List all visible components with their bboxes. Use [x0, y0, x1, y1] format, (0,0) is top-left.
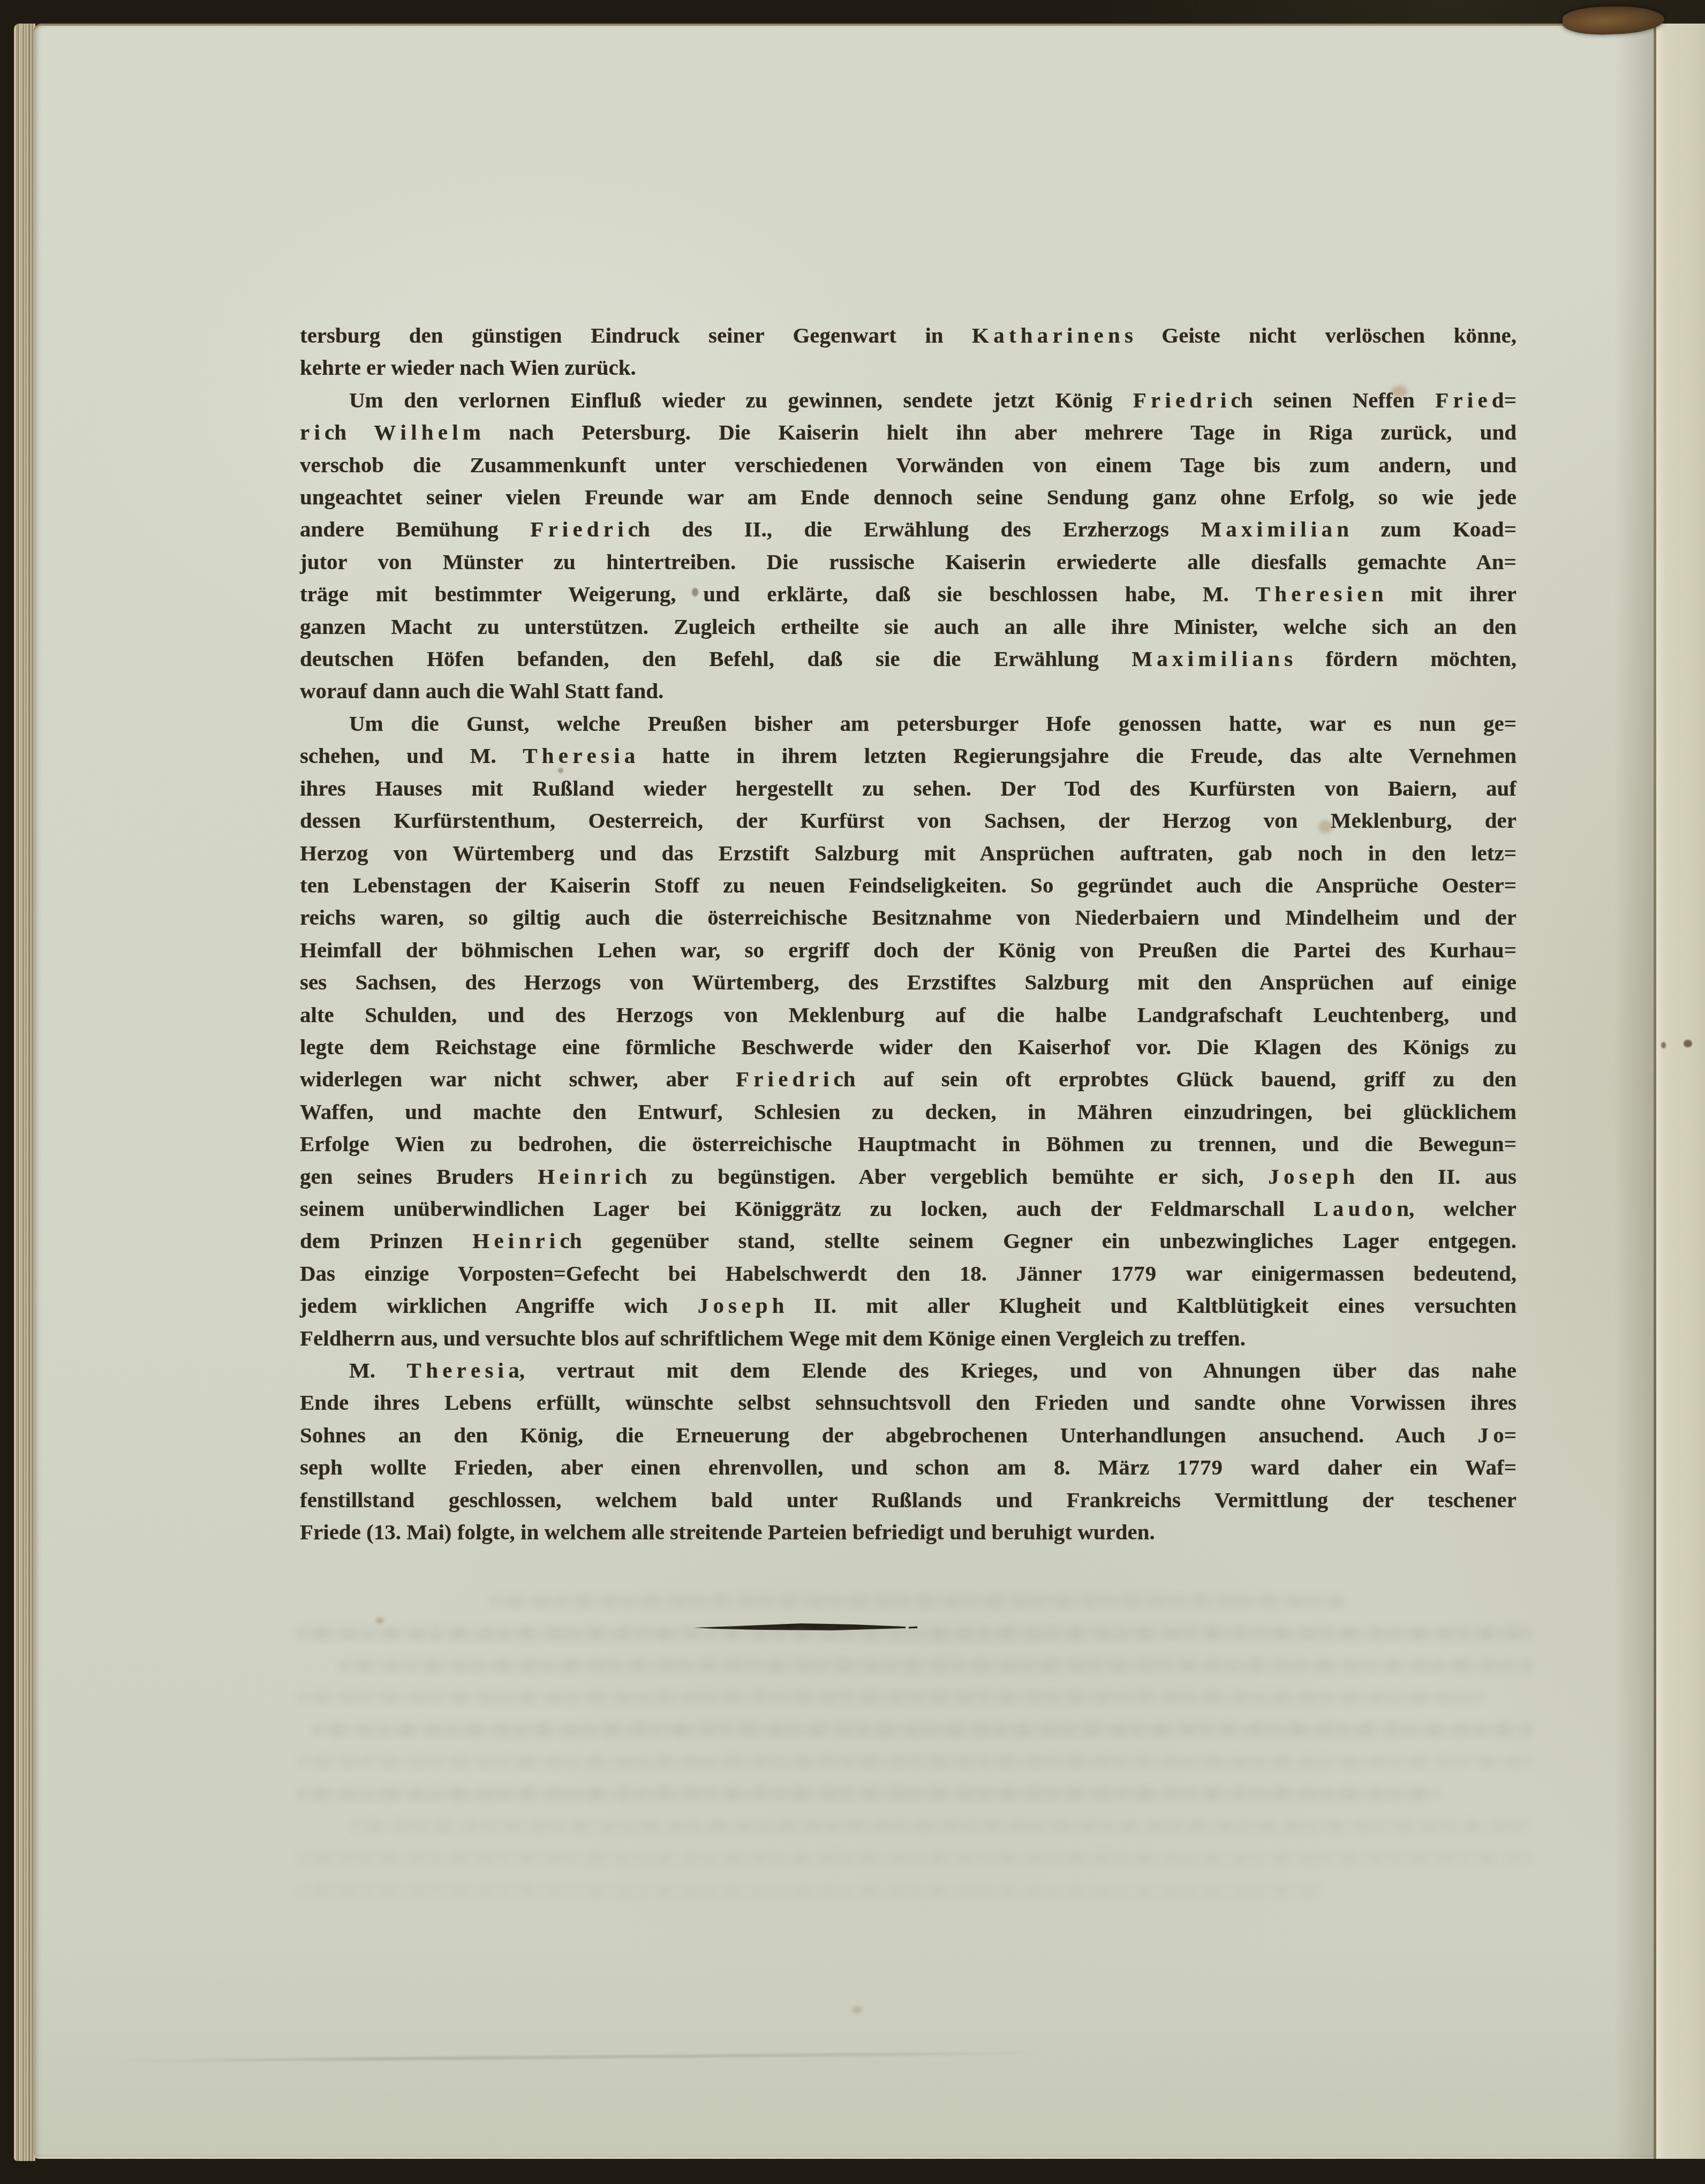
- text-line: tersburg den günstigen Eindruck seiner G…: [300, 319, 1517, 351]
- text-line: ungeachtet seiner vielen Freunde war am …: [300, 481, 1517, 513]
- adjacent-page-edge: [1656, 24, 1705, 2159]
- bleed-through-line: [312, 1723, 1533, 1737]
- text-line: ses Sachsen, des Herzogs von Würtemberg,…: [300, 966, 1517, 998]
- bleed-through-line: [338, 1659, 1533, 1673]
- text-line: legte dem Reichstage eine förmliche Besc…: [300, 1031, 1517, 1063]
- text-line: Um den verlornen Einfluß wieder zu gewin…: [300, 384, 1517, 416]
- text-line: Sohnes an den König, die Erneuerung der …: [300, 1419, 1517, 1451]
- text-line: jutor von Münster zu hintertreiben. Die …: [300, 546, 1517, 578]
- text-line: alte Schulden, und des Herzogs von Mekle…: [300, 999, 1517, 1031]
- bleed-through-line: [296, 1884, 1324, 1898]
- text-line: fenstillstand geschlossen, welchem bald …: [300, 1484, 1517, 1516]
- text-line: Friede (13. Mai) folgte, in welchem alle…: [300, 1516, 1517, 1548]
- ink-speck: [1684, 1040, 1692, 1047]
- page-crease-shadow: [1614, 24, 1655, 2159]
- text-line: widerlegen war nicht schwer, aber F r i …: [300, 1063, 1517, 1095]
- bold-year: 1779: [1177, 1455, 1223, 1479]
- text-line: M. T h e r e s i a, vertraut mit dem Ele…: [300, 1354, 1517, 1386]
- page-edge-stack: [14, 24, 35, 2161]
- text-line: worauf dann auch die Wahl Statt fand.: [300, 675, 1517, 707]
- foxing-spot: [558, 768, 563, 773]
- paper-crease: [108, 2052, 1045, 2062]
- text-line: gen seines Bruders H e i n r i ch zu beg…: [300, 1160, 1517, 1192]
- separator-rule: [693, 1622, 918, 1633]
- text-line: dem Prinzen H e i n r i ch gegenüber sta…: [300, 1225, 1517, 1257]
- text-line: schehen, und M. T h e r e s i a hatte in…: [300, 739, 1517, 772]
- bleed-through-line: [296, 1852, 1533, 1865]
- ink-speck: [1661, 1042, 1666, 1048]
- bleed-through-line: [488, 1594, 1345, 1608]
- text-line: Das einzige Vorposten=Gefecht bei Habels…: [300, 1257, 1517, 1289]
- bold-year: 1779: [1111, 1261, 1157, 1286]
- scan-background: tersburg den günstigen Eindruck seiner G…: [0, 0, 1705, 2184]
- text-line: Feldherrn aus, und versuchte blos auf sc…: [300, 1322, 1517, 1354]
- bleed-through-line: [296, 1787, 1442, 1801]
- text-line: verschob die Zusammenkunft unter verschi…: [300, 449, 1517, 481]
- text-line: reichs waren, so giltig auch die österre…: [300, 901, 1517, 933]
- foxing-spot: [852, 2007, 862, 2013]
- text-line: ten Lebenstagen der Kaiserin Stoff zu ne…: [300, 869, 1517, 901]
- bleed-through-line: [296, 1755, 1533, 1769]
- text-line: Um die Gunst, welche Preußen bisher am p…: [300, 707, 1517, 739]
- foxing-spot: [1391, 386, 1407, 397]
- bleed-through-text: [263, 1576, 1549, 1983]
- foxing-spot: [1318, 820, 1332, 833]
- text-line: seinem unüberwindlichen Lager bei Königg…: [300, 1192, 1517, 1225]
- text-line: kehrte er wieder nach Wien zurück.: [300, 351, 1517, 383]
- text-line: Heimfall der böhmischen Lehen war, so er…: [300, 934, 1517, 966]
- text-line: Erfolge Wien zu bedrohen, die österreich…: [300, 1128, 1517, 1160]
- text-line: dessen Kurfürstenthum, Oesterreich, der …: [300, 804, 1517, 836]
- foxing-spot: [692, 588, 698, 596]
- text-line: Ende ihres Lebens erfüllt, wünschte selb…: [300, 1386, 1517, 1418]
- text-line: deutschen Höfen befanden, den Befehl, da…: [300, 643, 1517, 675]
- foxing-spot: [376, 1618, 383, 1623]
- text-line: andere Bemühung F r i e d r i ch des II.…: [300, 513, 1517, 545]
- text-line: ihres Hauses mit Rußland wieder hergeste…: [300, 772, 1517, 804]
- book-page: tersburg den günstigen Eindruck seiner G…: [33, 24, 1705, 2159]
- bleed-through-line: [296, 1691, 1484, 1705]
- text-line: träge mit bestimmter Weigerung, und erkl…: [300, 578, 1517, 610]
- text-line: jedem wirklichen Angriffe wich J o s e p…: [300, 1289, 1517, 1321]
- page-text: tersburg den günstigen Eindruck seiner G…: [300, 319, 1517, 1548]
- text-line: ganzen Macht zu unterstützen. Zugleich e…: [300, 610, 1517, 643]
- bleed-through-line: [349, 1819, 1533, 1833]
- text-line: r i ch W i l h e l m nach Petersburg. Di…: [300, 416, 1517, 448]
- text-line: Waffen, und machte den Entwurf, Schlesie…: [300, 1095, 1517, 1128]
- text-line: seph wollte Frieden, aber einen ehrenvol…: [300, 1451, 1517, 1483]
- text-line: Herzog von Würtemberg und das Erzstift S…: [300, 837, 1517, 869]
